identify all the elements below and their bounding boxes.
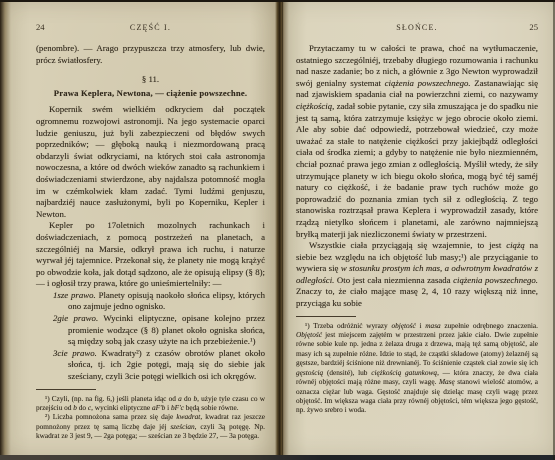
paragraph: Wszystkie ciała przyciągają się wzajemni… bbox=[296, 240, 538, 310]
footnote-rule bbox=[36, 389, 96, 390]
right-page-header: SŁOŃCE. 25 bbox=[296, 22, 538, 32]
intro-paragraph: (penombre). — Arago przypuszcza trzy atm… bbox=[36, 43, 265, 66]
law-item-3: 3cie prawo. Kwadraty²) z czasów obrotów … bbox=[36, 348, 265, 383]
law-item-2: 2gie prawo. Wycinki eliptyczne, opisane … bbox=[36, 313, 265, 348]
left-page: 24 CZĘŚĆ I. (penombre). — Arago przypusz… bbox=[0, 2, 277, 456]
paragraph: Kopernik swém wielkiém odkryciem dał poc… bbox=[36, 104, 265, 220]
scan-top-edge bbox=[0, 0, 555, 2]
right-page-body: Przytaczamy tu w całości te prawa, choć … bbox=[296, 43, 538, 415]
footnote-1: ¹) Trzeba odróżnić wyrazy objętość i mas… bbox=[296, 321, 538, 415]
paragraph: Przytaczamy tu w całości te prawa, choć … bbox=[296, 43, 538, 240]
left-page-number: 24 bbox=[36, 22, 64, 32]
book-scan: 24 CZĘŚĆ I. (penombre). — Arago przypusz… bbox=[0, 0, 555, 460]
right-running-title: SŁOŃCE. bbox=[324, 23, 510, 32]
paragraph: Kepler po 17oletnich mozolnych rachunkac… bbox=[36, 220, 265, 290]
right-page: SŁOŃCE. 25 Przytaczamy tu w całości te p… bbox=[283, 2, 555, 456]
footnote-1: ¹) Czyli, (np. na fig. 6,) jeśli planeta… bbox=[36, 394, 265, 413]
law-item-1: 1sze prawo. Planety opisują naokoło słoń… bbox=[36, 290, 265, 313]
section-title: Prawa Keplera, Newtona, — ciążenie powsz… bbox=[36, 88, 265, 100]
left-running-title: CZĘŚĆ I. bbox=[64, 23, 237, 32]
book-gutter bbox=[275, 0, 284, 460]
footnote-2: ²) Liczba pomnożona sama przez się daje … bbox=[36, 412, 265, 440]
footnote-rule bbox=[296, 316, 356, 317]
left-page-body: (penombre). — Arago przypuszcza trzy atm… bbox=[36, 43, 265, 441]
section-number: § 11. bbox=[36, 74, 265, 86]
right-page-number: 25 bbox=[510, 22, 538, 32]
left-page-header: 24 CZĘŚĆ I. bbox=[36, 22, 265, 32]
scan-bottom-edge bbox=[0, 455, 555, 460]
